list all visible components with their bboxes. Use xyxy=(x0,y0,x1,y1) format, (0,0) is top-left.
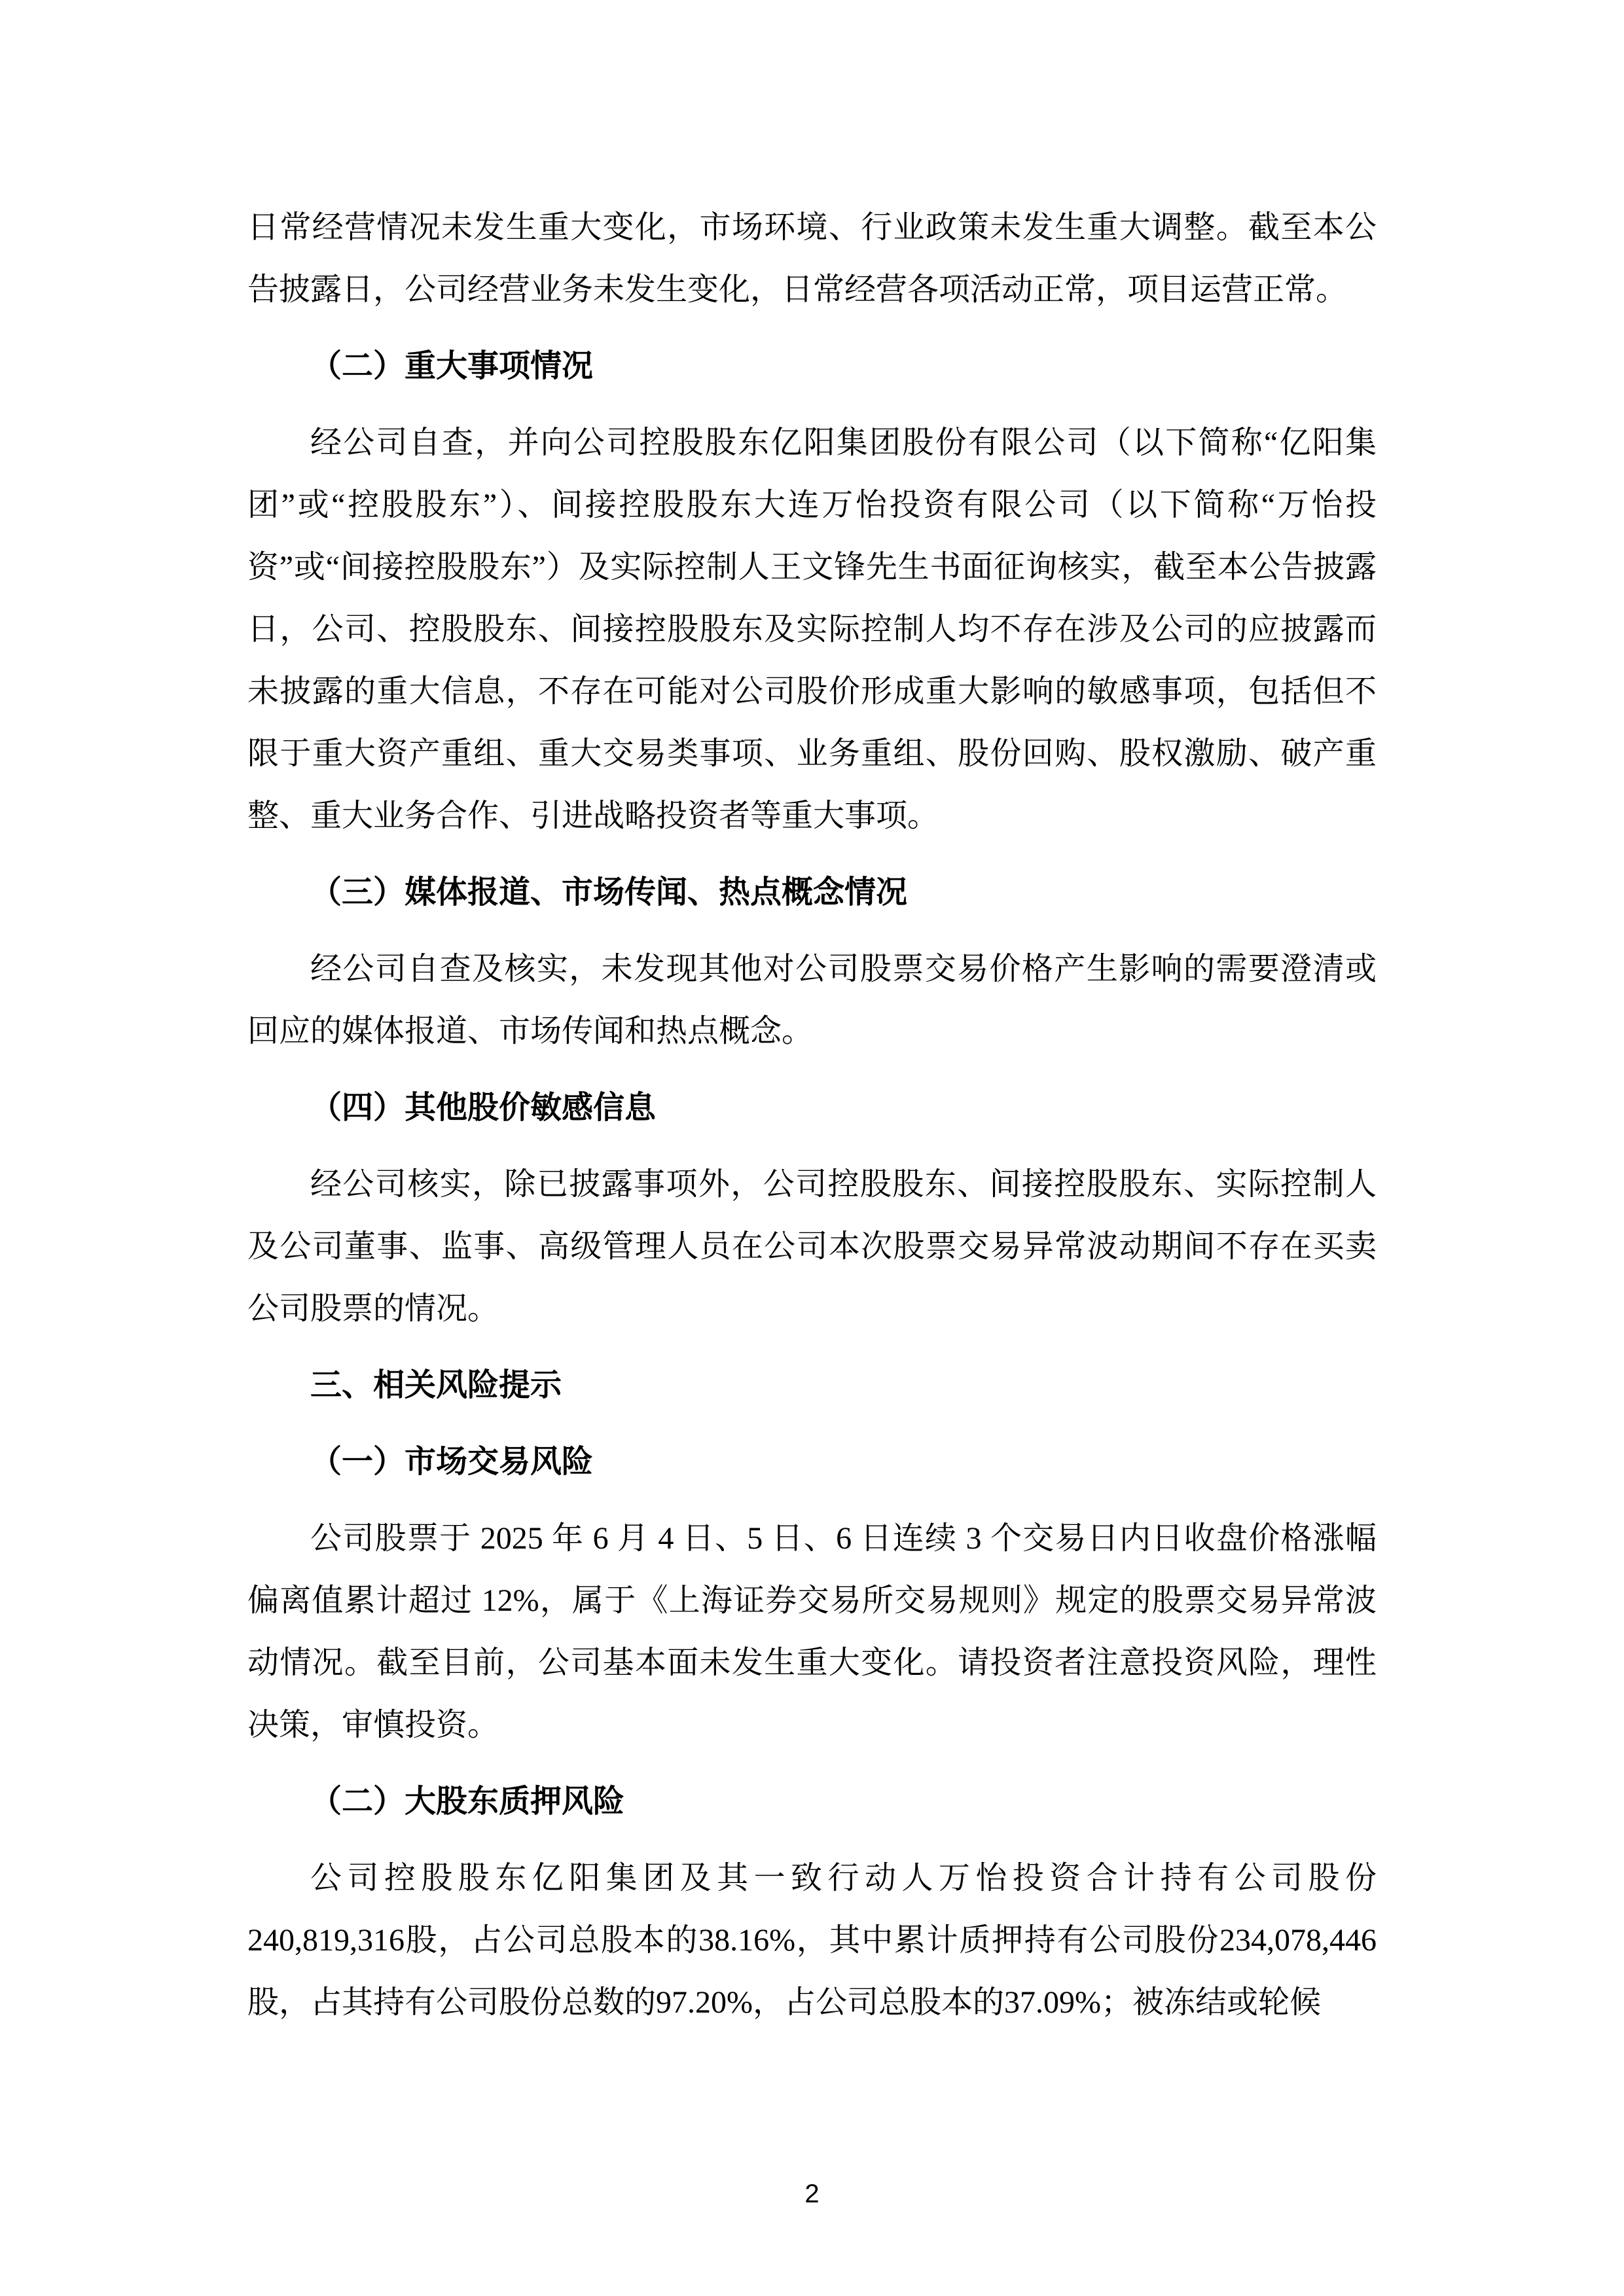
paragraph-pledge-risk: 公司控股股东亿阳集团及其一致行动人万怡投资合计持有公司股份240,819,316… xyxy=(247,1847,1377,2034)
paragraph-major-matters: 经公司自查，并向公司控股股东亿阳集团股份有限公司（以下简称“亿阳集团”或“控股股… xyxy=(247,412,1377,847)
paragraph-operations-status: 日常经营情况未发生重大变化，市场环境、行业政策未发生重大调整。截至本公告披露日，… xyxy=(247,196,1377,321)
heading-major-matters: （二）重大事项情况 xyxy=(247,335,1377,397)
heading-other-sensitive-info: （四）其他股价敏感信息 xyxy=(247,1077,1377,1139)
heading-pledge-risk: （二）大股东质押风险 xyxy=(247,1770,1377,1833)
heading-market-trading-risk: （一）市场交易风险 xyxy=(247,1431,1377,1493)
paragraph-media-reports: 经公司自查及核实，未发现其他对公司股票交易价格产生影响的需要澄清或回应的媒体报道… xyxy=(247,938,1377,1062)
document-page: 日常经营情况未发生重大变化，市场环境、行业政策未发生重大调整。截至本公告披露日，… xyxy=(247,196,1377,2034)
heading-media-reports: （三）媒体报道、市场传闻、热点概念情况 xyxy=(247,861,1377,924)
paragraph-other-sensitive-info: 经公司核实，除已披露事项外，公司控股股东、间接控股股东、实际控制人及公司董事、监… xyxy=(247,1153,1377,1340)
page-number: 2 xyxy=(0,2179,1624,2209)
heading-risk-warnings: 三、相关风险提示 xyxy=(247,1354,1377,1416)
paragraph-market-trading-risk: 公司股票于 2025 年 6 月 4 日、5 日、6 日连续 3 个交易日内日收… xyxy=(247,1507,1377,1756)
